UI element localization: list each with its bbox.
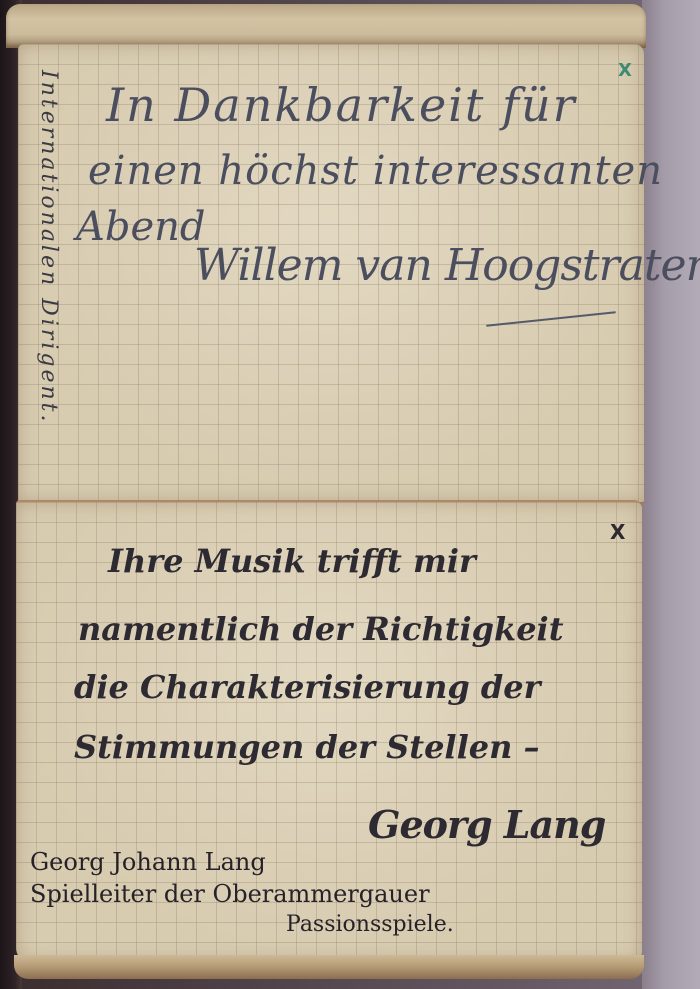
margin-note-vertical: Internationalen Dirigent. [36, 70, 61, 424]
book-top-edge [6, 4, 646, 48]
note-line-1: Ihre Musik trifft mir [108, 542, 476, 580]
book-bottom-edge [14, 955, 644, 979]
note-line-4: Stimmungen der Stellen – [74, 728, 540, 766]
corner-x-mark: X [610, 520, 625, 544]
signature-underline [486, 311, 615, 327]
upper-page: X In Dankbarkeit für einen höchst intere… [18, 44, 644, 505]
footer-line-1: Georg Johann Lang [30, 848, 266, 876]
note-line-3: die Charakterisierung der [74, 668, 540, 706]
dedication-line-1: In Dankbarkeit für [106, 78, 577, 132]
lower-page: X Ihre Musik trifft mir namentlich der R… [16, 500, 642, 962]
signature-lang: Georg Lang [368, 802, 605, 847]
footer-line-2: Spielleiter der Oberammergauer [30, 880, 430, 908]
dedication-line-3: Abend [76, 204, 206, 250]
footer-line-3: Passionsspiele. [286, 912, 454, 937]
signature-hoogstraten: Willem van Hoogstraten [194, 240, 700, 291]
note-line-2: namentlich der Richtigkeit [78, 610, 563, 648]
corner-x-mark: X [618, 60, 632, 81]
dedication-line-2: einen höchst interessanten [88, 148, 663, 194]
